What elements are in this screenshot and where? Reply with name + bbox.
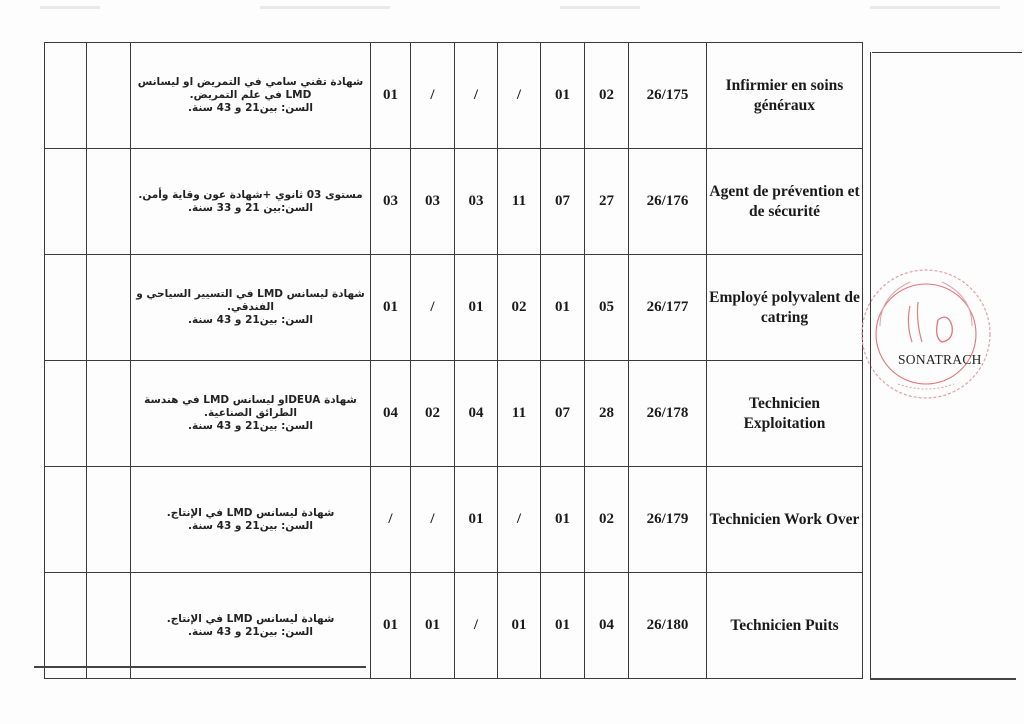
count-cell: 28 [585, 361, 629, 467]
count-cell: 04 [585, 573, 629, 679]
right-empty-column [870, 52, 871, 678]
count-cell: 03 [455, 149, 498, 255]
requirement-line: الفندقي. [131, 301, 370, 314]
blank-cell [45, 149, 87, 255]
count-cell: 02 [411, 361, 455, 467]
job-openings-table: شهادة تقني سامي في التمريض او ليسانسLMD … [44, 42, 863, 679]
count-cell: / [455, 43, 498, 149]
blank-cell [45, 43, 87, 149]
position-title-cell: Employé polyvalent de catring [707, 255, 863, 361]
position-title-cell: Technicien Puits [707, 573, 863, 679]
count-cell: / [411, 43, 455, 149]
requirement-line: شهادة ليسانس LMD في الإنتاج. [131, 507, 370, 520]
position-title-cell: Technicien Exploitation [707, 361, 863, 467]
blank-cell [87, 361, 131, 467]
table-bottom-rule-right [870, 678, 1016, 680]
position-code-cell: 26/176 [629, 149, 707, 255]
count-cell: 02 [585, 467, 629, 573]
requirement-line: السن: بين21 و 43 سنة. [131, 420, 370, 433]
count-cell: 01 [371, 43, 411, 149]
count-cell: 04 [455, 361, 498, 467]
requirement-line: السن: بين21 و 43 سنة. [131, 314, 370, 327]
requirement-line: السن: بين21 و 43 سنة. [131, 102, 370, 115]
blank-cell [45, 467, 87, 573]
requirement-line: السن:بين 21 و 33 سنة. [131, 202, 370, 215]
table-row: مستوى 03 ثانوي +شهادة عون وقاية وأمن.الس… [45, 149, 863, 255]
requirements-cell: مستوى 03 ثانوي +شهادة عون وقاية وأمن.الس… [131, 149, 371, 255]
count-cell: 01 [455, 467, 498, 573]
position-code-cell: 26/180 [629, 573, 707, 679]
requirement-line: السن: بين21 و 43 سنة. [131, 520, 370, 533]
position-title-cell: Agent de prévention et de sécurité [707, 149, 863, 255]
count-cell: / [371, 467, 411, 573]
blank-cell [45, 361, 87, 467]
requirement-line: السن: بين21 و 43 سنة. [131, 626, 370, 639]
count-cell: / [498, 467, 541, 573]
position-title-cell: Technicien Work Over [707, 467, 863, 573]
count-cell: 01 [541, 467, 585, 573]
count-cell: 02 [585, 43, 629, 149]
count-cell: 11 [498, 361, 541, 467]
count-cell: 01 [498, 573, 541, 679]
table-row: شهادة ليسانس LMD في الإنتاج.السن: بين21 … [45, 467, 863, 573]
requirements-cell: شهادة DEUAاو ليسانس LMD في هندسةالطرائق … [131, 361, 371, 467]
blank-cell [87, 43, 131, 149]
count-cell: 01 [455, 255, 498, 361]
table-row: شهادة DEUAاو ليسانس LMD في هندسةالطرائق … [45, 361, 863, 467]
count-cell: 03 [411, 149, 455, 255]
requirement-line: LMD في علم التمريض. [131, 89, 370, 102]
sonatrach-stamp-icon [858, 266, 994, 402]
faint-scan-mark [870, 6, 1000, 9]
count-cell: 07 [541, 361, 585, 467]
position-code-cell: 26/175 [629, 43, 707, 149]
blank-cell [87, 467, 131, 573]
count-cell: 01 [541, 43, 585, 149]
count-cell: 02 [498, 255, 541, 361]
faint-scan-mark [260, 6, 390, 9]
table-row: شهادة تقني سامي في التمريض او ليسانسLMD … [45, 43, 863, 149]
count-cell: 01 [541, 255, 585, 361]
count-cell: 07 [541, 149, 585, 255]
requirements-cell: شهادة ليسانس LMD في الإنتاج.السن: بين21 … [131, 573, 371, 679]
count-cell: / [455, 573, 498, 679]
blank-cell [45, 573, 87, 679]
count-cell: 01 [371, 255, 411, 361]
count-cell: 03 [371, 149, 411, 255]
requirement-line: الطرائق الصناعية. [131, 407, 370, 420]
scanned-page: شهادة تقني سامي في التمريض او ليسانسLMD … [0, 0, 1024, 724]
requirement-line: شهادة ليسانس LMD في التسيير السياحي و [131, 288, 370, 301]
position-code-cell: 26/179 [629, 467, 707, 573]
stamp-label: SONATRACH [898, 352, 982, 368]
count-cell: / [411, 467, 455, 573]
count-cell: 01 [541, 573, 585, 679]
count-cell: 01 [371, 573, 411, 679]
blank-cell [87, 149, 131, 255]
count-cell: 27 [585, 149, 629, 255]
requirement-line: شهادة ليسانس LMD في الإنتاج. [131, 613, 370, 626]
requirements-cell: شهادة ليسانس LMD في التسيير السياحي والف… [131, 255, 371, 361]
count-cell: 04 [371, 361, 411, 467]
count-cell: 01 [411, 573, 455, 679]
table-top-border-right [872, 52, 1022, 53]
table-row: شهادة ليسانس LMD في التسيير السياحي والف… [45, 255, 863, 361]
table-row: شهادة ليسانس LMD في الإنتاج.السن: بين21 … [45, 573, 863, 679]
count-cell: / [498, 43, 541, 149]
requirement-line: شهادة تقني سامي في التمريض او ليسانس [131, 76, 370, 89]
faint-scan-mark [40, 6, 100, 9]
blank-cell [45, 255, 87, 361]
requirement-line: شهادة DEUAاو ليسانس LMD في هندسة [131, 394, 370, 407]
table-bottom-rule [34, 666, 366, 668]
requirements-cell: شهادة تقني سامي في التمريض او ليسانسLMD … [131, 43, 371, 149]
count-cell: / [411, 255, 455, 361]
position-title-cell: Infirmier en soins généraux [707, 43, 863, 149]
faint-scan-mark [560, 6, 640, 9]
position-code-cell: 26/178 [629, 361, 707, 467]
count-cell: 11 [498, 149, 541, 255]
blank-cell [87, 255, 131, 361]
count-cell: 05 [585, 255, 629, 361]
requirement-line: مستوى 03 ثانوي +شهادة عون وقاية وأمن. [131, 189, 370, 202]
blank-cell [87, 573, 131, 679]
requirements-cell: شهادة ليسانس LMD في الإنتاج.السن: بين21 … [131, 467, 371, 573]
position-code-cell: 26/177 [629, 255, 707, 361]
